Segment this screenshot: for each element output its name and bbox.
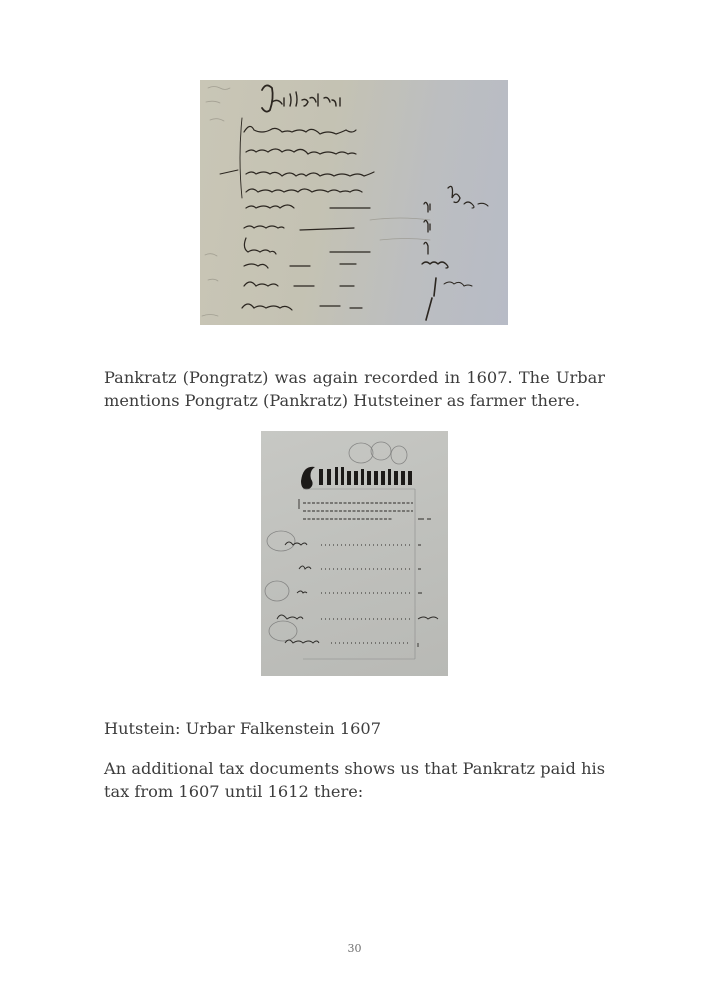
page-number: 30 xyxy=(0,942,709,955)
paragraph-tax-documents: An additional tax documents shows us tha… xyxy=(104,757,605,803)
urbar-document-graphic xyxy=(261,431,448,676)
paragraph-pankratz-1607: Pankratz (Pongratz) was again recorded i… xyxy=(104,366,605,412)
manuscript-image-huettenstain xyxy=(200,80,508,325)
document-page: Pankratz (Pongratz) was again recorded i… xyxy=(0,0,709,992)
figure-caption: Hutstein: Urbar Falkenstein 1607 xyxy=(104,717,605,740)
urbar-image-hutstein-1607 xyxy=(261,431,448,676)
manuscript-handwriting-graphic xyxy=(200,80,508,325)
